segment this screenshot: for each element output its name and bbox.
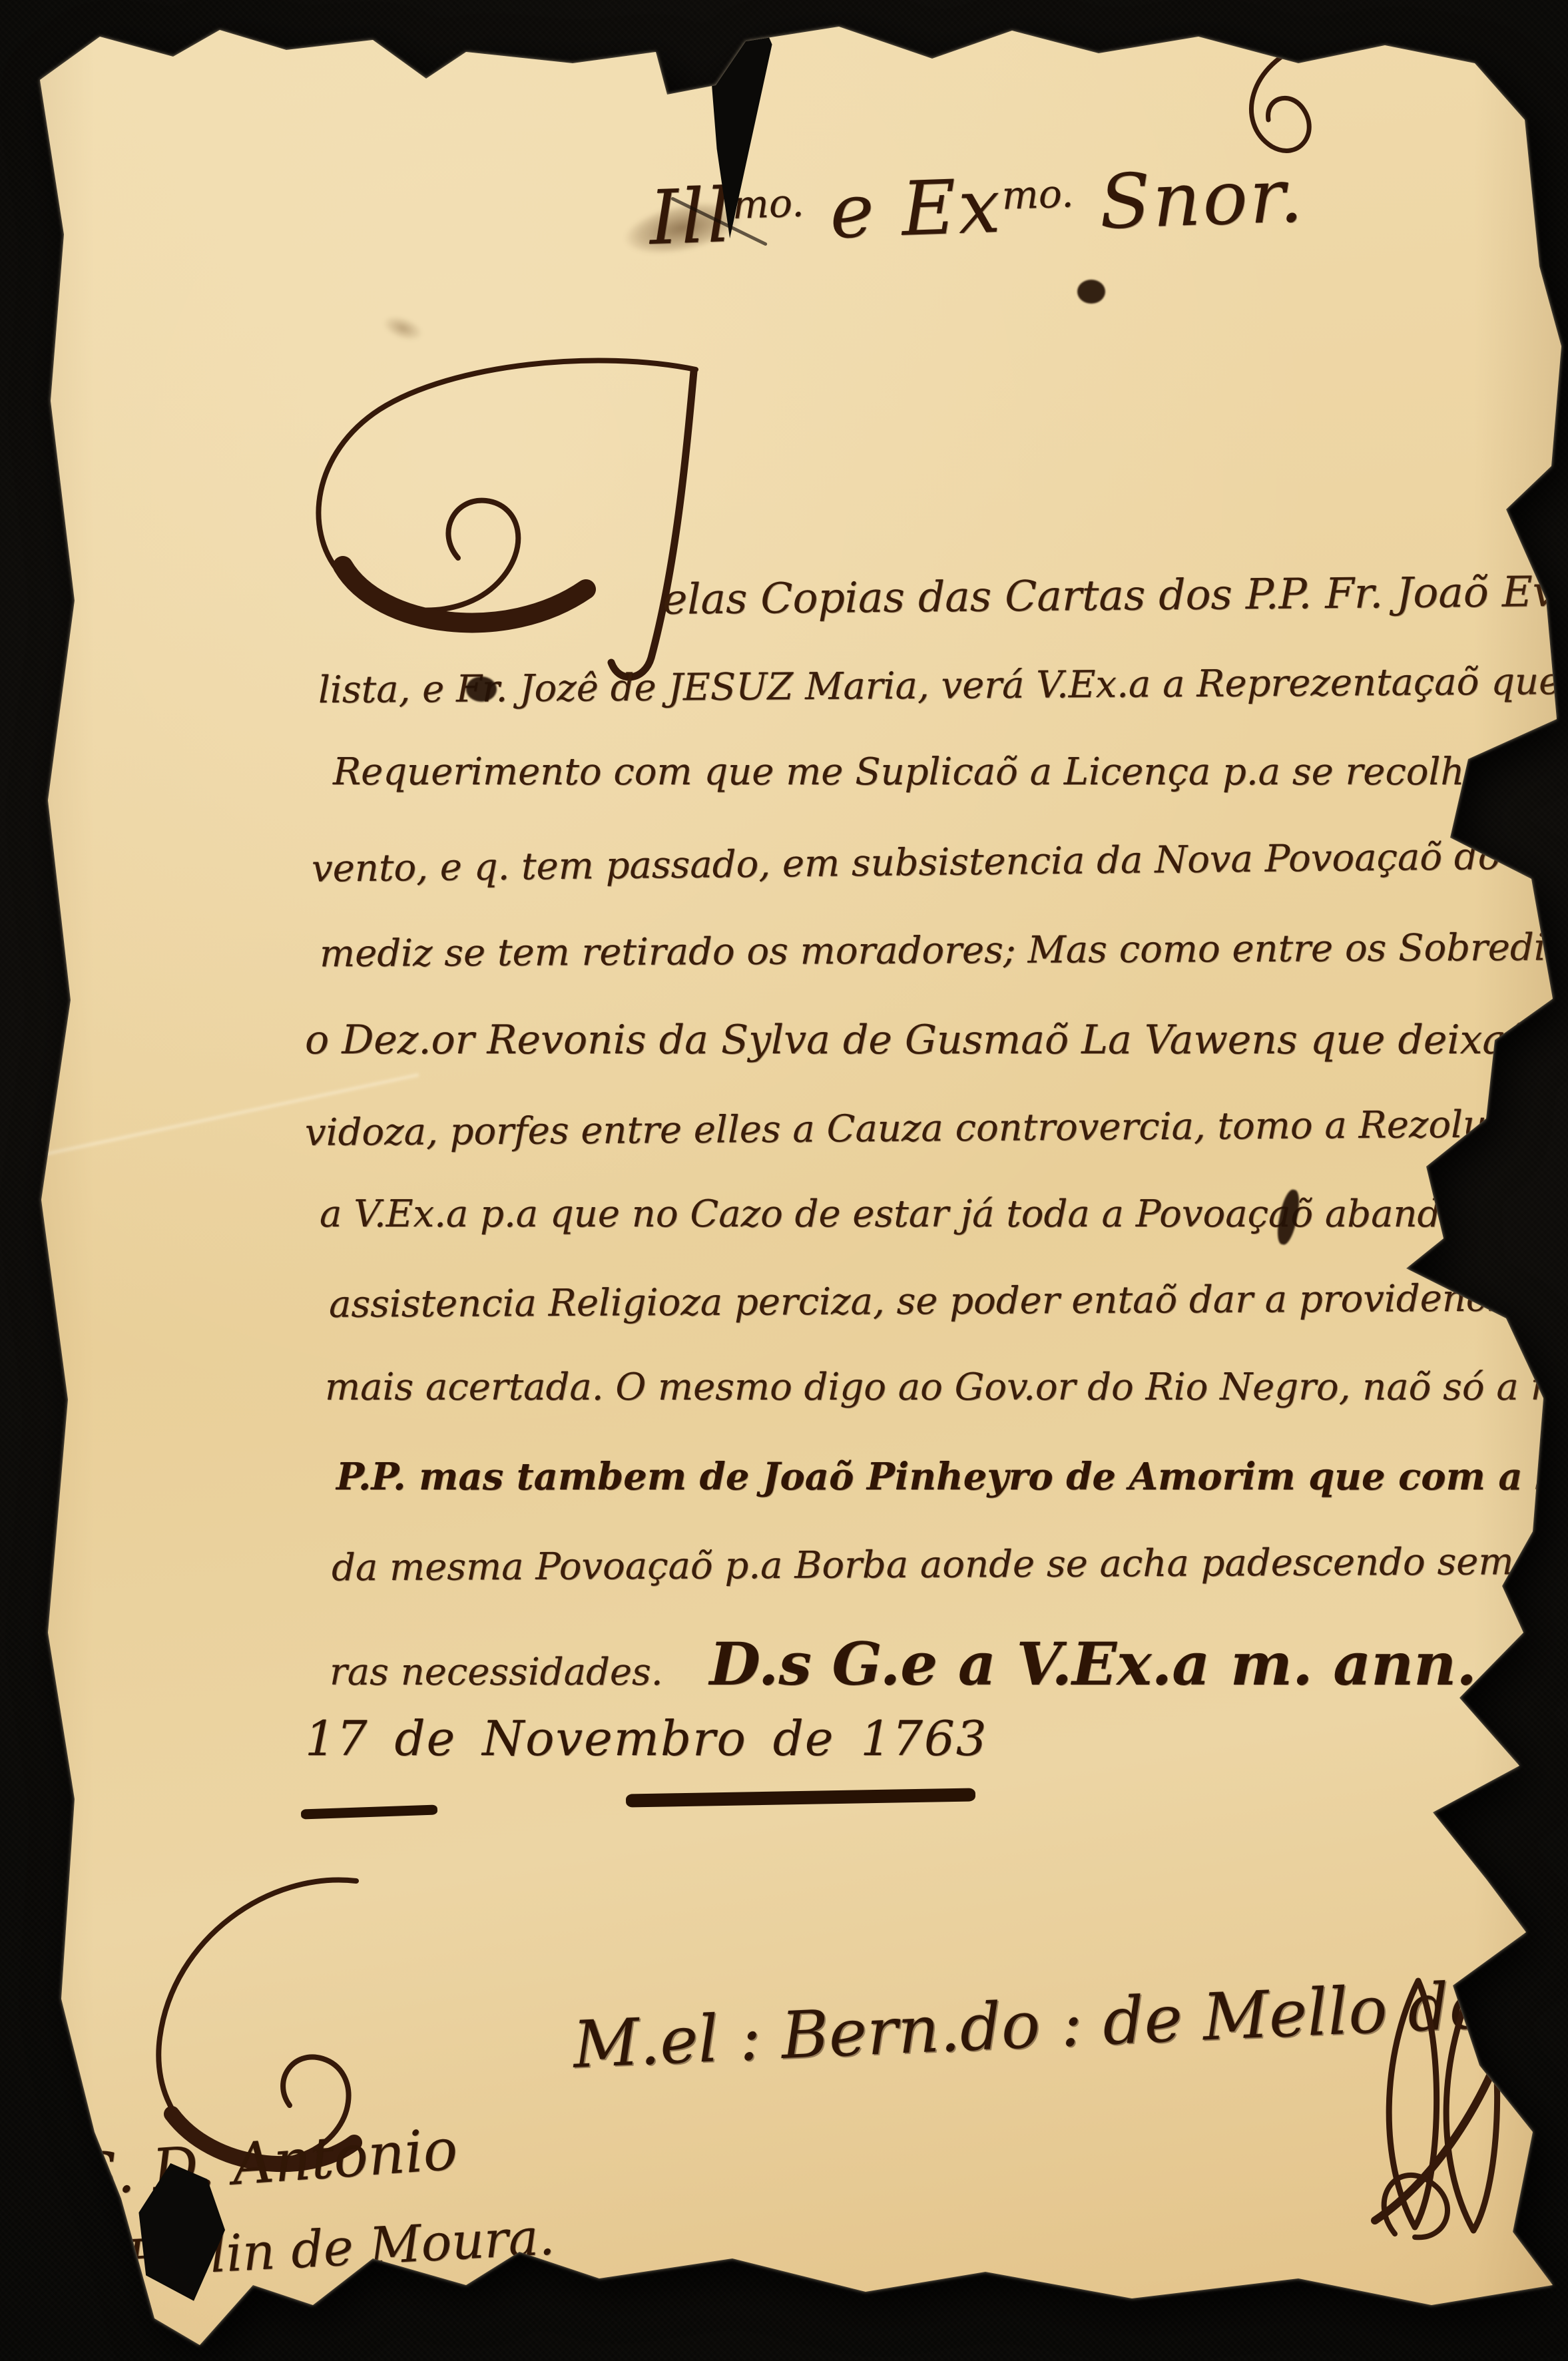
body-line: a V.Ex.a p.a que no Cazo de estar já tod…: [320, 1196, 1568, 1233]
date-line: 17 de Novembro de 1763: [305, 1714, 988, 1762]
ink-blot: [466, 676, 497, 702]
parchment-wrap: Illmo. e Exmo. Snor. P elas Copias das C…: [0, 0, 1568, 2361]
date-underline: [626, 1788, 975, 1807]
body-line: vento, e q. tem passado, em subsistencia…: [312, 835, 1568, 888]
body-line: elas Copias das Cartas dos P.P. Fr. Joaõ…: [662, 569, 1568, 621]
salutation-superscript: mo.: [1001, 170, 1074, 218]
body-line: P.P. mas tambem de Joaõ Pinheyro de Amor…: [336, 1458, 1568, 1495]
body-line: o Dez.or Revonis da Sylva de Gusmaõ La V…: [305, 1020, 1568, 1060]
closing-text: ras necessidades.: [330, 1651, 663, 1694]
closing-line: ras necessidades.D.s G.e a V.Ex.a m. ann…: [330, 1635, 1568, 1693]
body-line: Requerimento com que me Suplicaõ a Licen…: [333, 754, 1568, 791]
body-line: assistencia Religioza perciza, se poder …: [329, 1278, 1568, 1324]
body-line: vidoza, porfes entre elles a Cauza contr…: [305, 1104, 1568, 1152]
body-line: lista, e Fr. Jozê de JESUZ Maria, verá V…: [318, 662, 1568, 709]
ink-blot: [1077, 280, 1105, 304]
body-line: mais acertada. O mesmo digo ao Gov.or do…: [325, 1369, 1568, 1406]
paper-stain: [370, 304, 436, 353]
manuscript-photo: Illmo. e Exmo. Snor. P elas Copias das C…: [0, 0, 1568, 2361]
body-line: mediz se tem retirado os moradores; Mas …: [320, 929, 1568, 973]
salutation: Illmo. e Exmo. Snor.: [648, 158, 1306, 256]
salutation-part: e Ex: [803, 163, 1004, 256]
salutation-part: Ill: [648, 172, 734, 262]
signature-paraph: [1355, 1961, 1555, 2240]
initial-letter-p: P: [286, 346, 712, 692]
parchment-page: Illmo. e Exmo. Snor. P elas Copias das C…: [0, 0, 1568, 2361]
date-underline: [301, 1804, 437, 1819]
flourish-curl: [1228, 37, 1328, 170]
closing-formula: D.s G.e a V.Ex.a m. ann.: [710, 1629, 1477, 1699]
body-line: da mesma Povoaçaõ p.a Borba aonde se ach…: [332, 1543, 1568, 1587]
salutation-superscript: mo.: [731, 180, 804, 228]
